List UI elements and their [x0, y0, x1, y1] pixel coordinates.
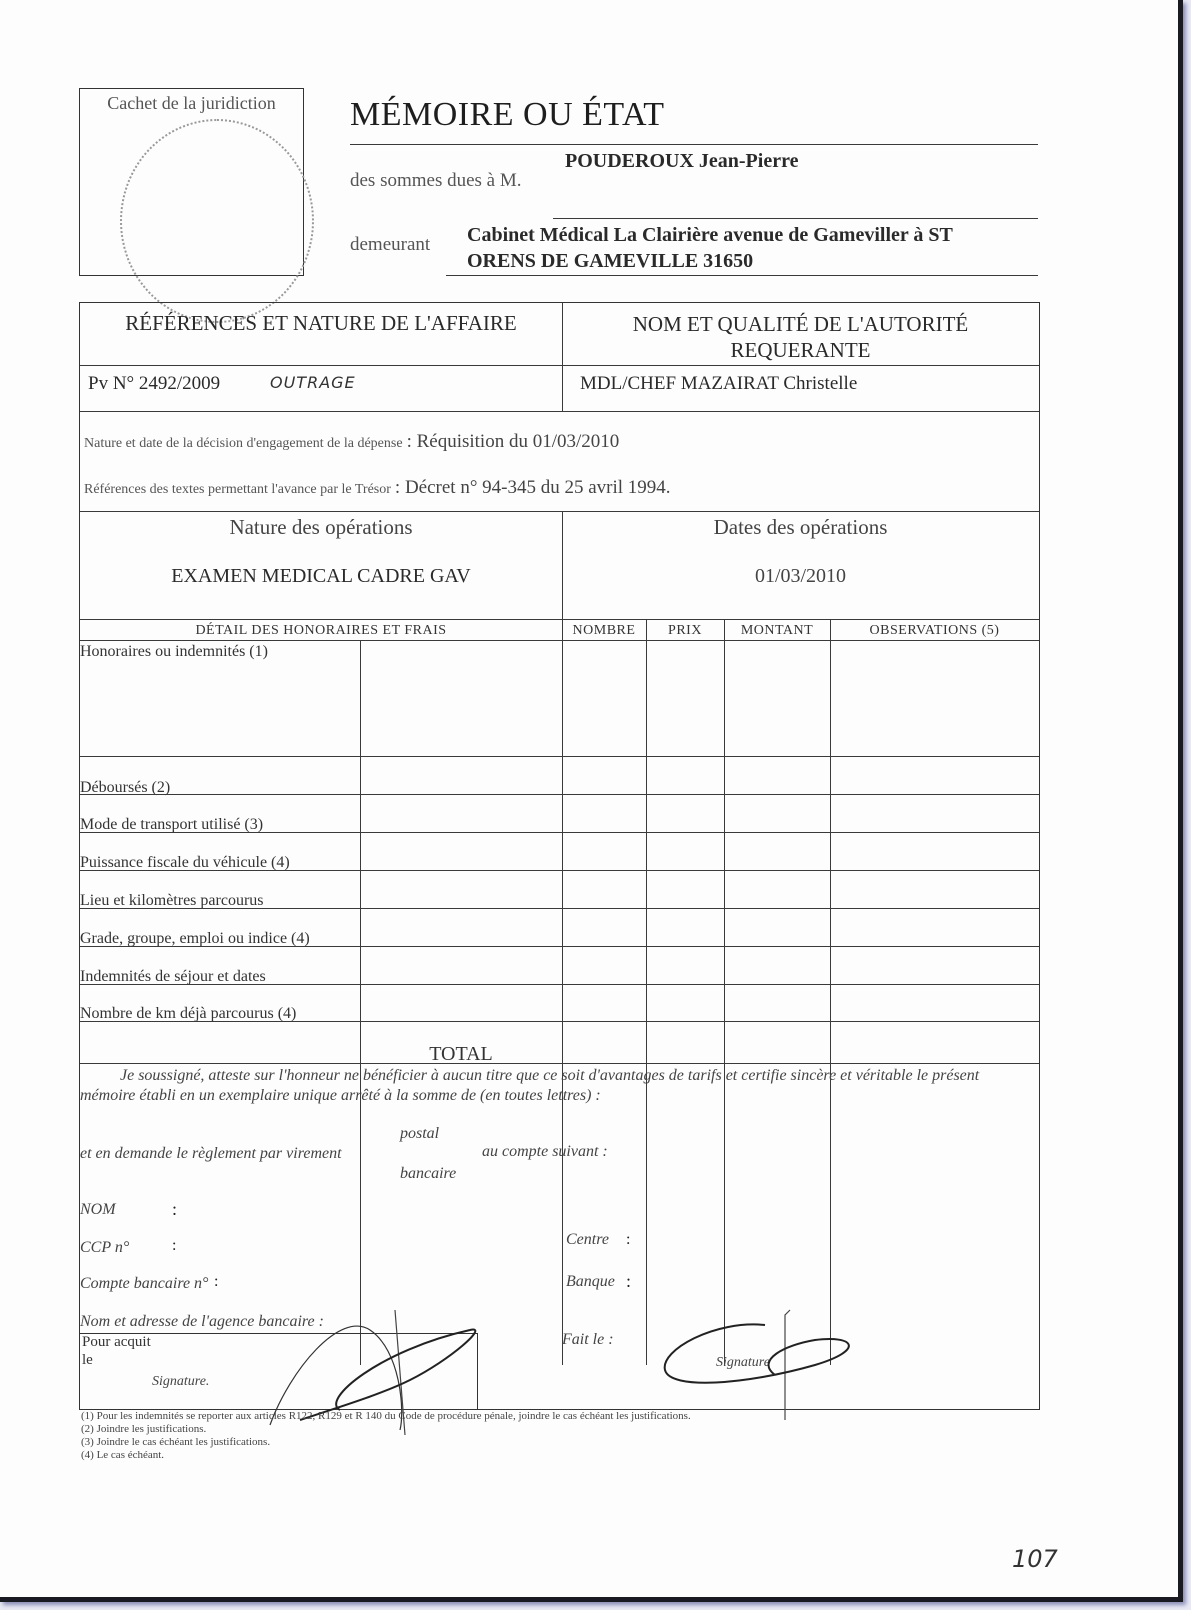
decision-nature-value: Réquisition du 01/03/2010	[417, 431, 620, 452]
col-observations: OBSERVATIONS (5)	[830, 623, 1039, 639]
centre-label: Centre	[566, 1231, 609, 1249]
handwritten-offense: OUTRAGE	[270, 373, 356, 392]
nom-label: NOM	[80, 1201, 116, 1219]
ccp-label: CCP n°	[80, 1239, 129, 1257]
payee-address: Cabinet Médical La Clairière avenue de G…	[467, 222, 1047, 274]
document-page: Cachet de la juridiction MÉMOIRE OU ÉTAT…	[0, 0, 1183, 1602]
banque-colon: :	[626, 1271, 631, 1292]
operations-nature-header: Nature des opérations	[80, 515, 562, 540]
centre-colon: :	[626, 1231, 630, 1249]
treasury-references-value: Décret n° 94-345 du 25 avril 1994.	[405, 477, 671, 498]
payee-name: POUDEROUX Jean-Pierre	[565, 150, 798, 173]
address-line-1: Cabinet Médical La Clairière avenue de G…	[467, 222, 1047, 248]
address-line-2: ORENS DE GAMEVILLE 31650	[467, 248, 1047, 274]
footnote-2: (2) Joindre les justifications.	[81, 1423, 206, 1436]
operations-dates-header: Dates des opérations	[562, 515, 1039, 540]
decision-nature-row: Nature et date de la décision d'engageme…	[84, 431, 619, 453]
acquittal-line-1: Pour acquit	[82, 1334, 151, 1351]
col-nombre: NOMBRE	[562, 623, 646, 639]
operations-date-value: 01/03/2010	[562, 565, 1039, 588]
pv-number: Pv N° 2492/2009	[88, 373, 220, 395]
title-underline	[350, 144, 1038, 145]
row-honoraires: Honoraires ou indemnités (1)	[80, 643, 268, 661]
address-underline	[446, 275, 1038, 276]
authority-header: NOM ET QUALITÉ DE L'AUTORITÉ REQUERANTE	[562, 311, 1039, 363]
account-label: au compte suivant :	[482, 1143, 608, 1161]
residing-label: demeurant	[350, 234, 430, 256]
requesting-authority: MDL/CHEF MAZAIRAT Christelle	[580, 373, 857, 395]
court-stamp-box: Cachet de la juridiction	[79, 88, 304, 276]
operations-nature-value: EXAMEN MEDICAL CADRE GAV	[80, 565, 562, 588]
footnote-3: (3) Joindre le cas échéant les justifica…	[81, 1436, 270, 1449]
compte-colon: :	[214, 1273, 218, 1291]
signature-label-left: Signature.	[152, 1374, 209, 1390]
sums-due-label: des sommes dues à M.	[350, 168, 530, 194]
ccp-colon: :	[172, 1237, 176, 1255]
treasury-references-row: Références des textes permettant l'avanc…	[84, 477, 671, 499]
payment-label: et en demande le règlement par virement	[80, 1145, 342, 1163]
col-prix: PRIX	[646, 623, 724, 639]
payee-underline	[553, 218, 1038, 219]
acquittal-line-2: le	[82, 1352, 93, 1369]
stamp-seal-icon	[120, 119, 314, 323]
attestation-line-1: Je soussigné, atteste sur l'honneur ne b…	[120, 1067, 979, 1085]
affair-reference-header: RÉFÉRENCES ET NATURE DE L'AFFAIRE	[80, 311, 562, 336]
expense-form: RÉFÉRENCES ET NATURE DE L'AFFAIRE NOM ET…	[79, 302, 1040, 1410]
fait-le-label: Fait le :	[562, 1331, 614, 1349]
page-number: 107	[1012, 1545, 1058, 1573]
treasury-references-label: Références des textes permettant l'avanc…	[84, 482, 391, 497]
signature-right-icon	[655, 1310, 875, 1420]
stamp-label: Cachet de la juridiction	[80, 93, 303, 114]
decision-nature-label: Nature et date de la décision d'engageme…	[84, 436, 403, 451]
col-detail: DÉTAIL DES HONORAIRES ET FRAIS	[80, 623, 562, 639]
option-bancaire[interactable]: bancaire	[400, 1165, 456, 1183]
footnote-4: (4) Le cas échéant.	[81, 1449, 164, 1462]
footnote-1: (1) Pour les indemnités se reporter aux …	[81, 1410, 691, 1423]
compte-label: Compte bancaire n°	[80, 1275, 208, 1293]
attestation-line-2: mémoire établi en un exemplaire unique a…	[80, 1087, 601, 1105]
option-postal[interactable]: postal	[400, 1125, 439, 1143]
col-montant: MONTANT	[724, 623, 830, 639]
banque-label: Banque	[566, 1273, 615, 1291]
nom-colon: :	[172, 1199, 177, 1220]
document-title: MÉMOIRE OU ÉTAT	[350, 96, 665, 134]
